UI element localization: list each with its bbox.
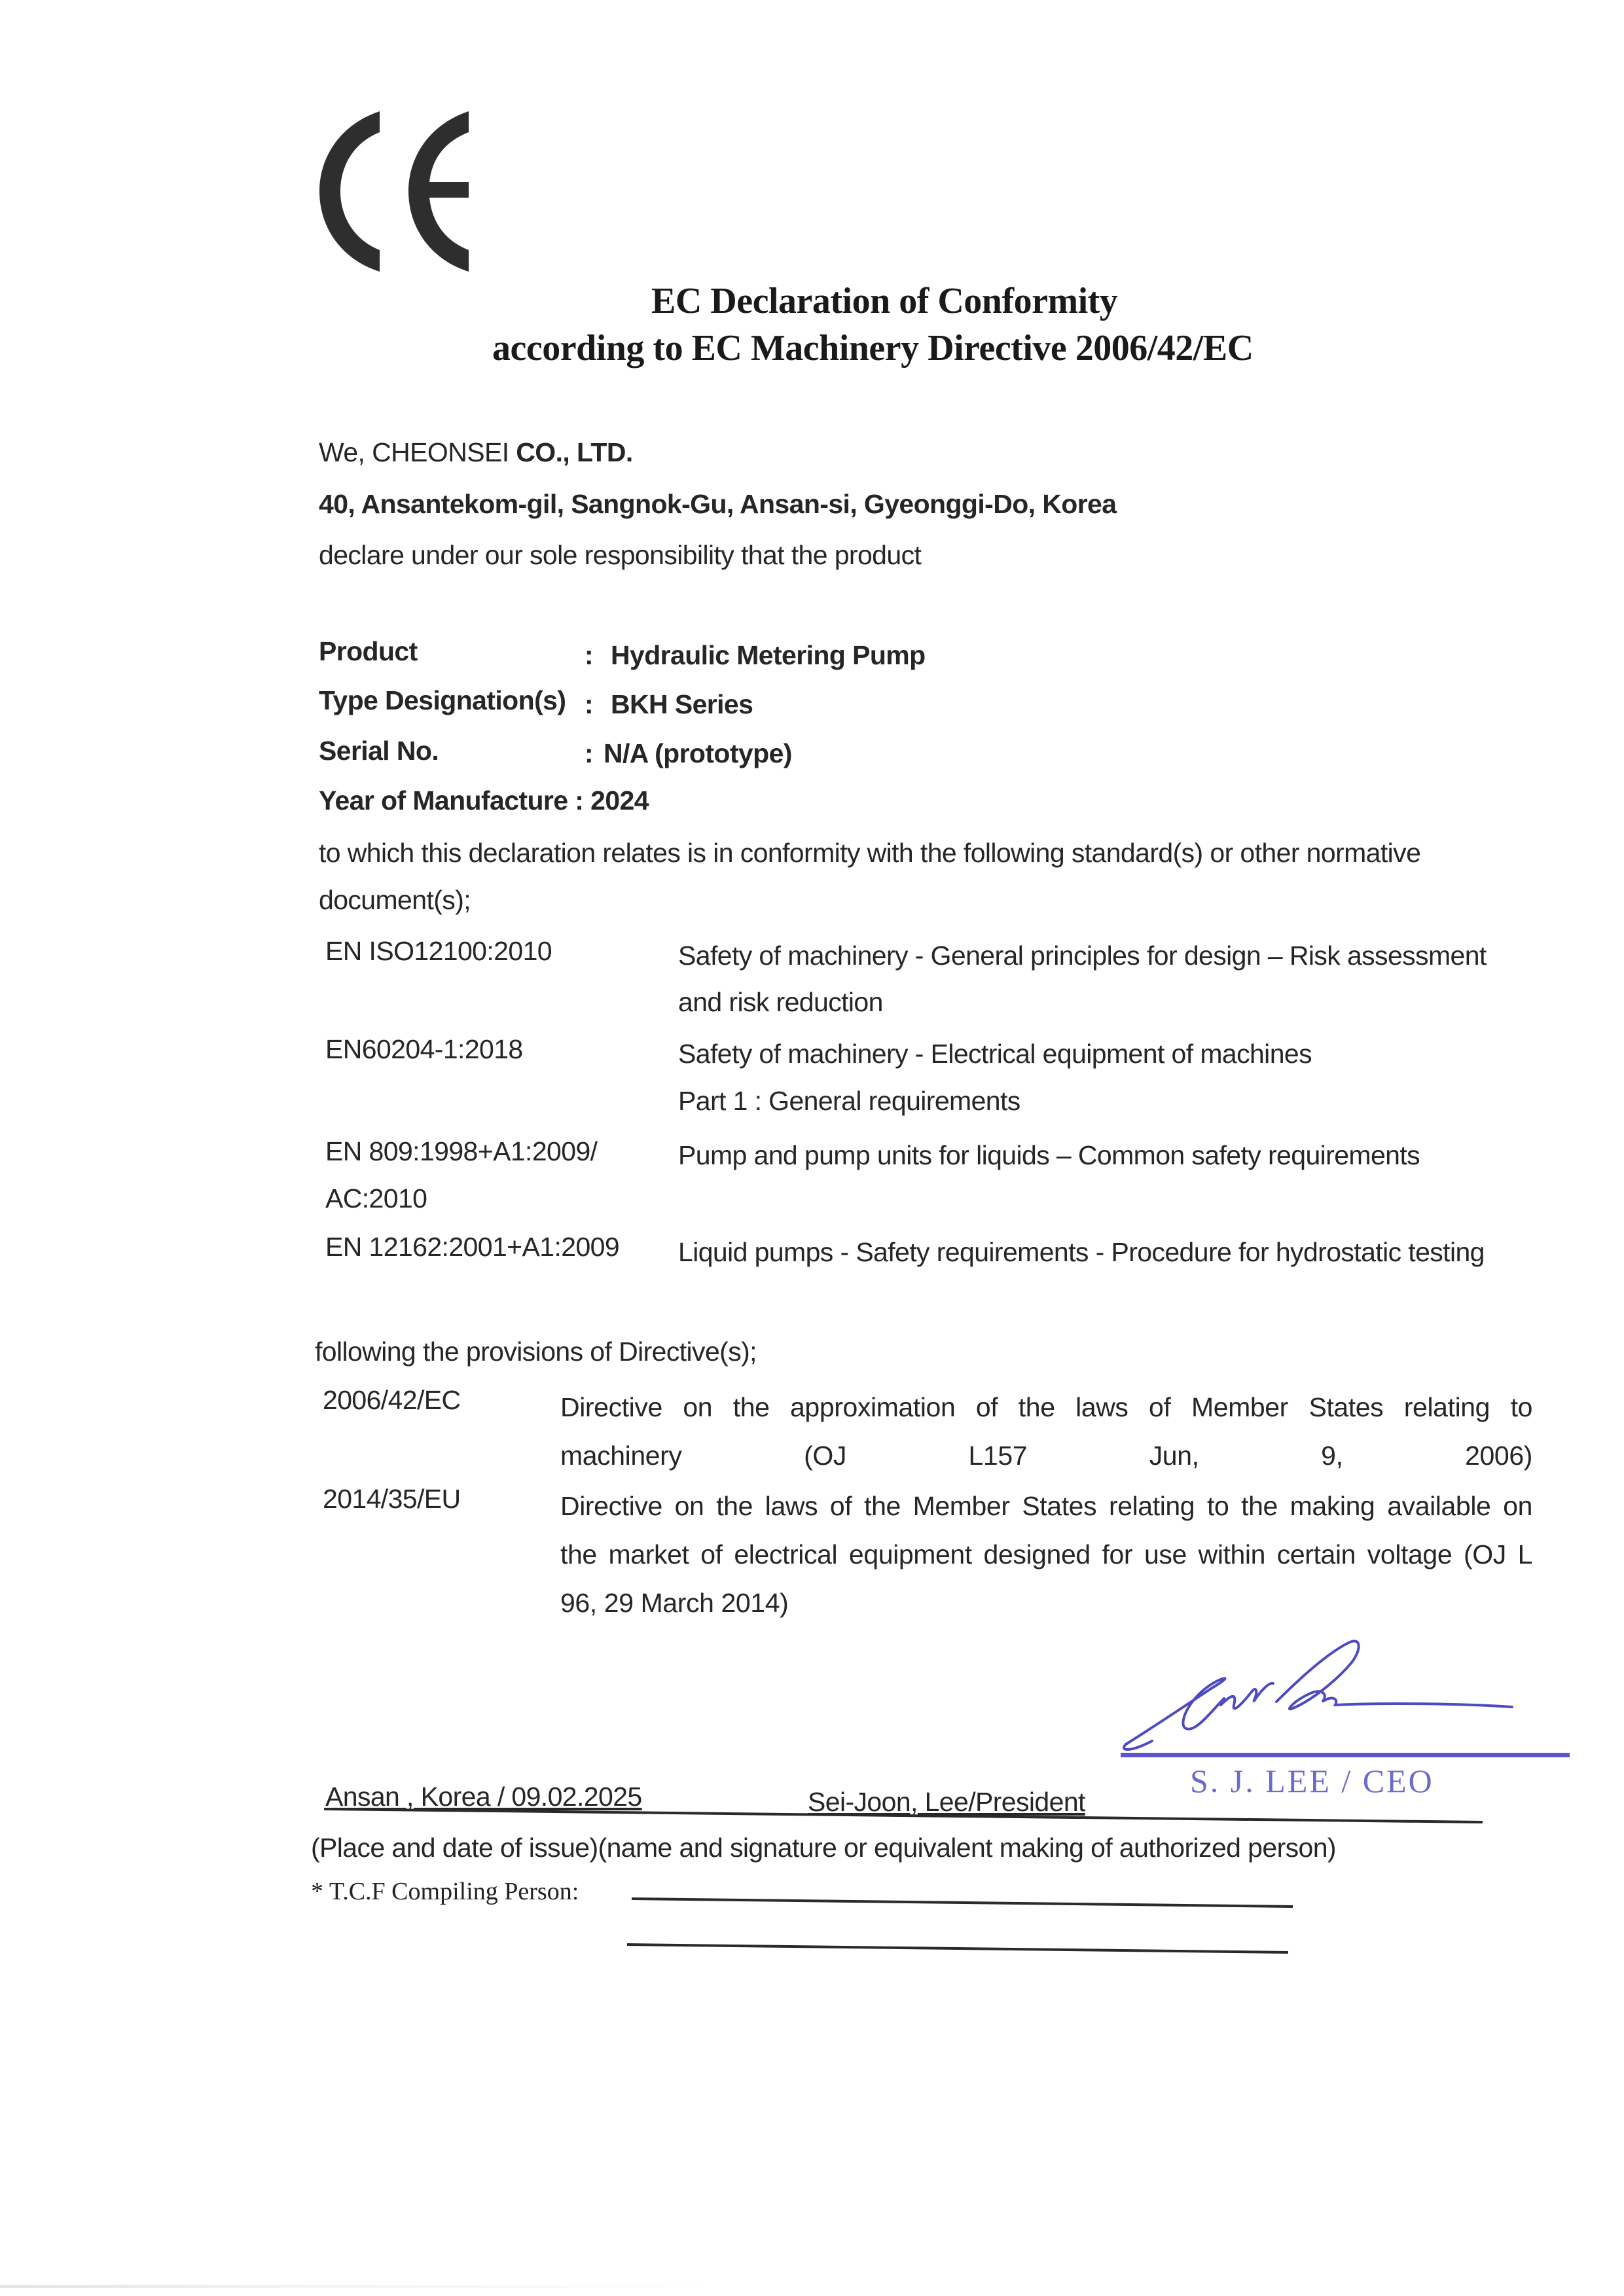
standard-code: EN ISO12100:2010 (325, 936, 552, 967)
ce-mark-logo (314, 111, 550, 272)
signature-caption: (Place and date of issue)(name and signa… (311, 1833, 1336, 1863)
standard-code: AC:2010 (325, 1183, 427, 1214)
year-separator: : (575, 785, 583, 816)
serial-no-value: N/A (prototype) (604, 738, 792, 769)
directive-description-line: Directive on the laws of the Member Stat… (560, 1482, 1532, 1530)
standard-code: EN60204-1:2018 (325, 1034, 523, 1065)
serial-no-separator: : (585, 738, 593, 769)
product-label: Product (319, 636, 418, 667)
handwritten-signature (1113, 1630, 1571, 1774)
signature-baseline (324, 1806, 1483, 1826)
directive-code: 2006/42/EC (323, 1385, 461, 1416)
manufacturer-company-suffix: CO., LTD. (516, 437, 632, 467)
tcf-compiling-person-label: * T.C.F Compiling Person: (311, 1877, 579, 1906)
stamp-underline (1121, 1753, 1570, 1757)
type-designation-label: Type Designation(s) (319, 685, 566, 716)
stamp-name-title: S. J. LEE / CEO (1190, 1762, 1434, 1800)
standard-description: Pump and pump units for liquids – Common… (678, 1140, 1420, 1171)
directive-description: Directive on the approximation of the la… (560, 1383, 1532, 1480)
manufacturer-address: 40, Ansantekom-gil, Sangnok-Gu, Ansan-si… (319, 489, 1116, 520)
type-designation-value: BKH Series (611, 689, 753, 720)
directive-description-line: machinery (OJ L157 Jun, 9, 2006) (560, 1431, 1532, 1480)
scan-edge-artifact (0, 2285, 720, 2288)
tcf-signature-line-1 (632, 1895, 1299, 1914)
type-designation-separator: : (585, 689, 593, 720)
year-label: Year of Manufacture : 2024 (319, 785, 649, 816)
year-value: 2024 (590, 785, 649, 816)
standard-code: EN 809:1998+A1:2009/ (325, 1136, 597, 1167)
directives-intro: following the provisions of Directive(s)… (315, 1336, 757, 1367)
directive-description: Directive on the laws of the Member Stat… (560, 1482, 1532, 1627)
directive-description-line: the market of electrical equipment desig… (560, 1530, 1532, 1579)
standards-intro-line2: document(s); (319, 885, 471, 916)
standard-description: Part 1 : General requirements (678, 1086, 1020, 1117)
serial-no-label: Serial No. (319, 736, 439, 766)
directive-description-line: 96, 29 March 2014) (560, 1579, 1532, 1627)
product-separator: : (585, 640, 593, 671)
standard-description: and risk reduction (678, 987, 883, 1018)
standard-description: Safety of machinery - Electrical equipme… (678, 1039, 1312, 1069)
tcf-signature-line-2 (627, 1941, 1295, 1960)
standards-intro-line1: to which this declaration relates is in … (319, 838, 1420, 869)
manufacturer-intro: We, CHEONSEI CO., LTD. (319, 437, 633, 468)
directive-code: 2014/35/EU (323, 1484, 461, 1515)
directive-description-line: Directive on the approximation of the la… (560, 1383, 1532, 1431)
standard-description: Safety of machinery - General principles… (678, 941, 1487, 971)
manufacturer-we: We, CHEONSEI (319, 437, 516, 467)
standard-code: EN 12162:2001+A1:2009 (325, 1232, 619, 1263)
document-title: EC Declaration of Conformity (651, 280, 1117, 322)
product-value: Hydraulic Metering Pump (611, 640, 926, 671)
document-subtitle: according to EC Machinery Directive 2006… (492, 327, 1254, 369)
standard-description: Liquid pumps - Safety requirements - Pro… (678, 1237, 1485, 1268)
declare-statement: declare under our sole responsibility th… (319, 540, 921, 571)
year-label-text: Year of Manufacture (319, 785, 568, 816)
